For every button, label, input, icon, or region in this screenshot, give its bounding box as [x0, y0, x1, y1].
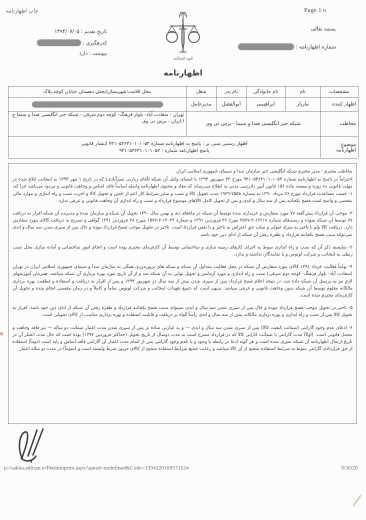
col-header-last-name: نام خانوادگی	[246, 86, 285, 97]
page-title: اظهارنامه	[0, 68, 366, 78]
addressee-row-label: مخاطب	[320, 111, 358, 136]
subject-row-label: موضوع اظهارنامه	[320, 136, 358, 158]
body-paragraph-3: ۳- شایسته ذکر آن که نصب و راه اندازی منو…	[13, 244, 353, 258]
body-paragraph-5: ۵- تاخیر در تحویل موجب فسخ قرارداد نبوده…	[13, 305, 353, 319]
declarant-job: مدیرعامل	[186, 97, 216, 111]
declarant-row-label: اظهار کننده	[320, 97, 358, 111]
col-header-residence: محل اقامت:شهرستان/بخش دهستان خیابان کوچه…	[8, 86, 186, 97]
tracking-code-label: کدرهگیری :	[83, 40, 107, 46]
scan-artifact-red-dot	[0, 332, 3, 336]
addressee-row: مخاطب شبکه خبر انگلیسی صدا و سیما - پرس …	[8, 111, 358, 136]
subject-line1: اظهار رسمی مبنی بر : پاسخ به اظهارنامه ش…	[11, 140, 319, 147]
tracking-code-redaction	[37, 40, 81, 47]
emblem-caption: قوه قضائیه	[163, 56, 203, 61]
body-salutation: مخاطب محترم : مدیر محترم شبکه انگلیسی خب…	[13, 168, 353, 175]
declarant-last-name: ابراهیمی	[246, 97, 285, 111]
body-paragraph-2: ۲- موجب آن قرارداد پیش‌گفته ۷۷ مورد سفار…	[13, 210, 353, 238]
declarant-address-redaction	[32, 101, 163, 107]
table-header-row: مشخصات نام نام خانوادگی نام پدر شغل محل …	[8, 86, 358, 97]
subject-row: موضوع اظهارنامه اظهار رسمی مبنی بر : پاس…	[8, 136, 358, 158]
footer-print-url: p://sakha.adliran.ir/Petitionprint.aspx?…	[4, 465, 189, 471]
scanned-statement-page: چاپ اظهارنامه Page 1 o قوه قضائیه بسمه ت…	[0, 0, 366, 520]
declarant-first-name: مازیار	[285, 97, 320, 111]
col-header-specs: مشخصات	[320, 86, 358, 97]
bismillah-text: بسمه تعالی	[246, 26, 336, 33]
statement-number-redaction	[238, 44, 294, 51]
parties-info-table: مشخصات نام نام خانوادگی نام پدر شغل محل …	[8, 86, 359, 159]
attachment-line: پیوست : دارد	[36, 51, 107, 57]
declarant-row: اظهار کننده مازیار ابراهیمی ابوالفضل مدی…	[8, 97, 358, 111]
col-header-father-name: نام پدر	[216, 86, 246, 97]
body-paragraph-1: احتراماً در پاسخ به اظهارنامه شماره ۹۴۱۰…	[13, 176, 353, 204]
col-header-job: شغل	[186, 86, 216, 97]
body-paragraph-6: ۶- ادعای عدم وجود گارانتی (ضمانت کیفیت ک…	[13, 324, 353, 352]
body-paragraph-4: ۴- نهایتاً فعالیت خرداد ۱۳۹۱ کالای مورد …	[13, 264, 353, 300]
statement-body-text: مخاطب محترم : مدیر محترم شبکه انگلیسی خب…	[13, 168, 353, 353]
scan-artifact-corner-mark	[352, 495, 361, 507]
statement-body-box: مخاطب محترم : مدیر محترم شبکه انگلیسی خب…	[8, 163, 357, 424]
submit-date-value: ۱۳۹۴/۰۷/۰۵	[54, 29, 79, 35]
submit-date-label: تاریخ تقدیم :	[81, 29, 107, 35]
page-indicator: Page 1 o	[304, 6, 326, 14]
subject-line2: پاسخ اظهارنامه شماره : ۹۴۱۰۵۴۶۳۱۰۱۰۱۰۵۴	[11, 147, 319, 154]
declarant-father-name: ابوالفضل	[216, 97, 246, 111]
meta-right-block: بسمه تعالی شماره اظهارنامه :	[236, 26, 336, 50]
statement-number-label: شماره اظهارنامه :	[296, 44, 336, 50]
print-statement-label: چاپ اظهارنامه	[6, 8, 38, 14]
judiciary-scales-emblem-icon	[163, 9, 203, 57]
handwritten-signature	[11, 427, 59, 469]
addressee-name: شبکه خبر انگلیسی صدا و سیما - پرس تی وی	[186, 111, 320, 136]
footer-print-date: 9/30/20	[341, 465, 358, 471]
addressee-address: تهران - سعادت آباد- بلوار فرهنگ- کوچه دو…	[8, 111, 186, 136]
col-header-first-name: نام	[285, 86, 320, 97]
meta-left-block: تاریخ تقدیم : ۱۳۹۴/۰۷/۰۵ کدرهگیری : پیوس…	[36, 29, 107, 61]
